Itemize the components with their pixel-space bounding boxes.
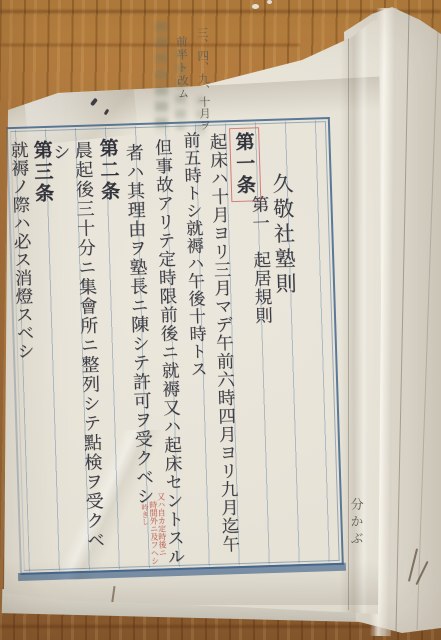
article-3-number: 第三条 — [31, 140, 52, 205]
photo-of-manuscript: 三、四、九、十月ヲ 前半ト改ム 久敬社塾則 第一 起居規則 第一条 起床ハ十月ヨ… — [0, 0, 441, 640]
article-2-number: 第二条 — [97, 138, 118, 203]
manuscript-title: 久敬社塾則 — [270, 172, 295, 298]
ruled-writing-area: 三、四、九、十月ヲ 前半ト改ム 久敬社塾則 第一 起居規則 第一条 起床ハ十月ヨ… — [0, 0, 441, 640]
pencil-marginal-note-top-line2: 前半ト改ム — [175, 35, 189, 100]
red-correction-note: 吟きし — [141, 504, 149, 525]
red-correction-note: 時間外ニ及フヘシ — [149, 501, 159, 565]
pencil-marginal-note-top-line1: 三、四、九、十月ヲ — [196, 27, 211, 131]
pencil-marginal-note-bottom: 分かぶ — [348, 497, 361, 548]
article-2-text-column: シ — [50, 142, 69, 161]
section-heading: 第一 起居規則 — [249, 195, 271, 325]
article-1-number: 第一条 — [233, 131, 254, 196]
